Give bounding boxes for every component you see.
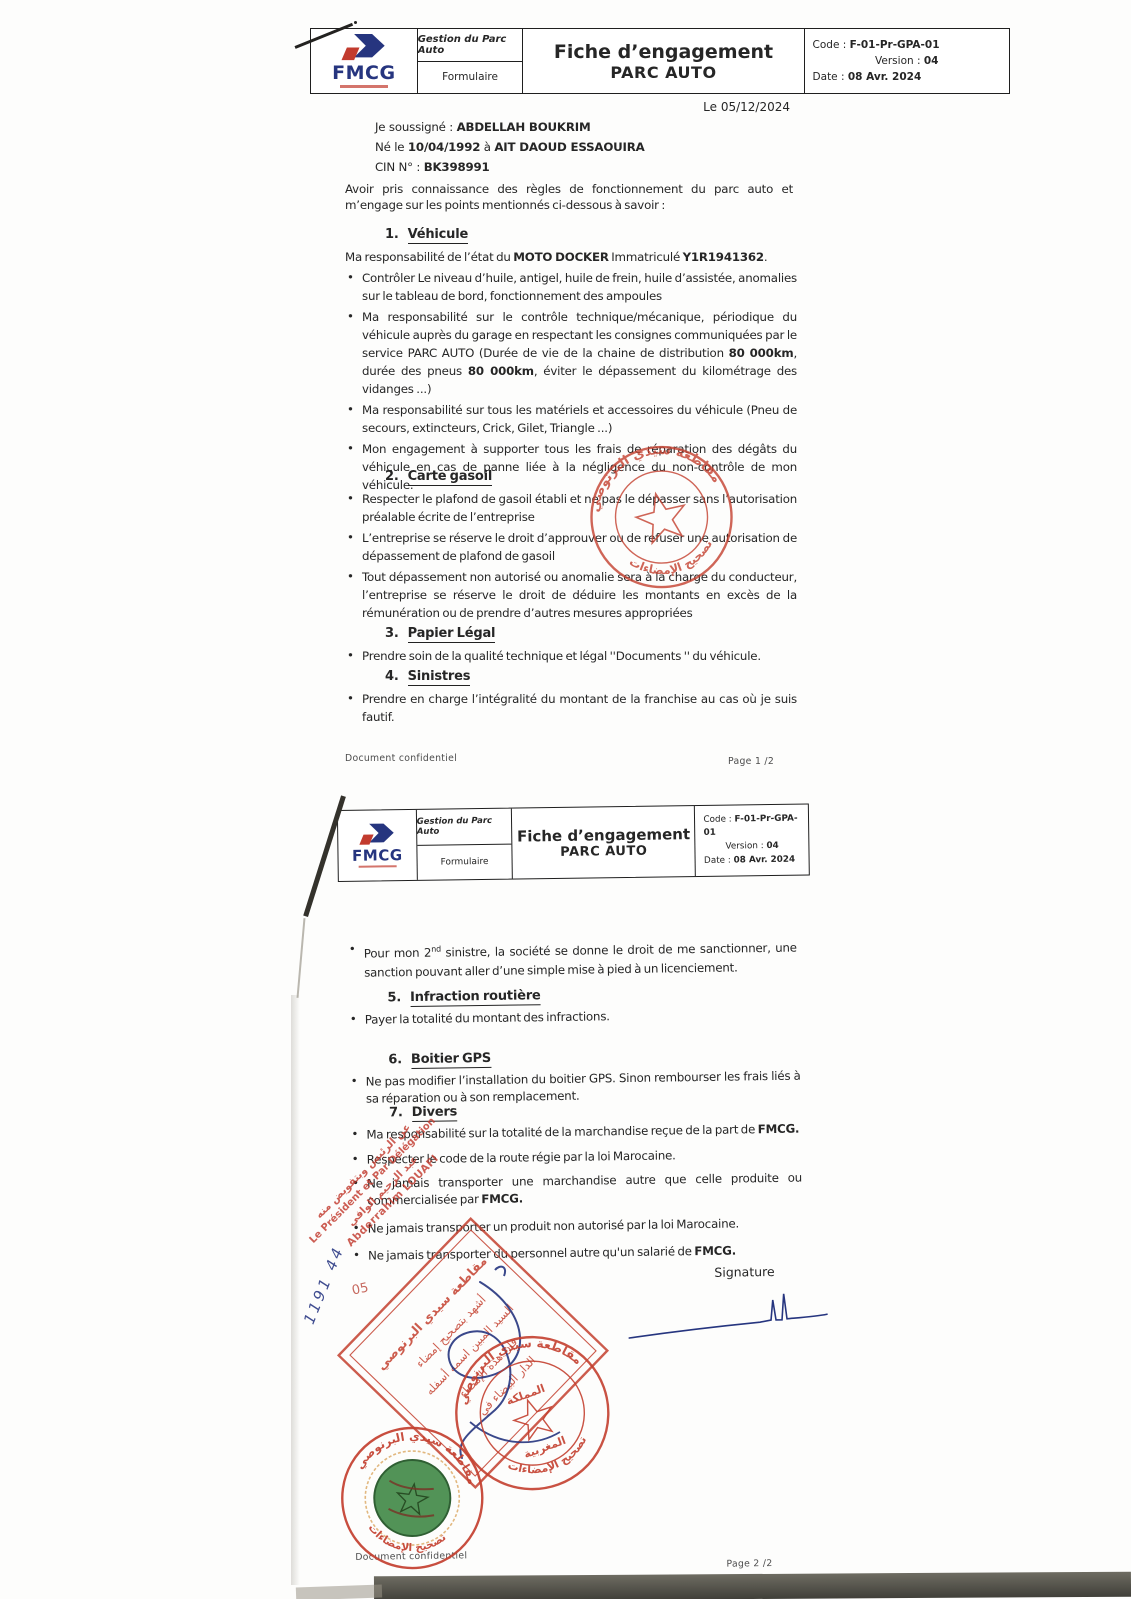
scan-bottom-edge	[296, 1585, 382, 1599]
intro-paragraph: Avoir pris connaissance des règles de fo…	[345, 181, 793, 213]
section-number: 3.	[385, 626, 399, 641]
logo-cell: FMCG	[338, 810, 417, 881]
scan-edge-shadow	[291, 995, 300, 1585]
bullet-item: Payer la totalité du montant des infract…	[348, 1006, 800, 1029]
footer-page-number: Page 1 /2	[728, 756, 774, 767]
form-header-table: FMCG Gestion du Parc Auto Formulaire Fic…	[337, 803, 810, 882]
section-heading: 1.Véhicule	[385, 226, 797, 244]
code-cell: Code : F-01-Pr-GPA-01 Version : 04 Date …	[804, 29, 1009, 93]
title-cell: Fiche d’engagement PARC AUTO	[511, 806, 695, 879]
section-heading: 6.Boitier GPS	[388, 1046, 800, 1070]
section-label: Boitier GPS	[411, 1051, 491, 1069]
scan-bottom-strip	[374, 1572, 1131, 1599]
issue-date: Le 05/12/2024	[620, 100, 790, 114]
fmcg-arrow-icon	[341, 34, 387, 61]
section-number: 1.	[385, 227, 399, 242]
section-number: 7.	[389, 1105, 403, 1120]
section-label: Infraction routière	[410, 988, 541, 1007]
section-papier-legal: 3.Papier Légal Prendre soin de la qualit…	[345, 625, 797, 665]
code-cell: Code : F-01-Pr-GPA-01 Version : 04 Date …	[694, 804, 809, 876]
logo-cell: FMCG	[311, 29, 417, 93]
section-heading: 5.Infraction routière	[387, 984, 799, 1008]
section-sinistres: 4.Sinistres Prendre en charge l’intégral…	[345, 668, 797, 726]
kingdom-top-text: المملكة	[505, 1382, 547, 1408]
bullet-item: Ma responsabilité sur tous les matériels…	[345, 401, 797, 437]
form-type-label: Formulaire	[418, 62, 523, 94]
pen-dot-artifact	[354, 21, 357, 24]
bullet-item: Prendre soin de la qualité technique et …	[345, 647, 797, 665]
municipal-green-stamp: مقاطعة سيدي البرنوصي تصحيح الإمضاءات	[321, 1408, 502, 1593]
dept-label: Gestion du Parc Auto	[417, 809, 512, 846]
logo-tagline-bar	[340, 85, 388, 88]
fmcg-arrow-icon	[359, 823, 395, 846]
section-number: 5.	[387, 990, 401, 1005]
doc-title-line2: PARC AUTO	[610, 63, 716, 82]
section-lead: Ma responsabilité de l’état du MOTO DOCK…	[345, 248, 797, 266]
identity-block: Je soussigné : ABDELLAH BOUKRIM Né le 10…	[375, 120, 795, 180]
bullet-item: Contrôler Le niveau d’huile, antigel, hu…	[345, 269, 797, 305]
identity-birth-line: Né le 10/04/1992 à AIT DAOUD ESSAOUIRA	[375, 140, 795, 155]
logo-tagline-bar	[358, 865, 396, 868]
dept-cell: Gestion du Parc Auto Formulaire	[417, 29, 523, 93]
logo-wordmark: FMCG	[352, 846, 403, 865]
section-label: Sinistres	[408, 669, 471, 686]
section-boitier-gps: 6.Boitier GPS Ne pas modifier l’installa…	[348, 1046, 801, 1107]
doc-title-line1: Fiche d’engagement	[554, 41, 773, 63]
bullet-item: Ne jamais transporter un produit non aut…	[351, 1215, 803, 1238]
scanned-engagement-form: { "header": { "logo_text": "FMCG", "dept…	[0, 0, 1131, 1599]
section-label: Papier Légal	[408, 626, 496, 643]
doc-version: Version : 04	[704, 840, 801, 855]
section-number: 4.	[385, 669, 399, 684]
doc-title-line1: Fiche d’engagement	[517, 825, 690, 845]
star-icon	[632, 488, 691, 546]
form-header-table: FMCG Gestion du Parc Auto Formulaire Fic…	[310, 28, 1010, 94]
signature-stroke	[625, 1285, 836, 1343]
section-infraction-routiere: 5.Infraction routière Payer la totalité …	[347, 984, 799, 1029]
doc-code: Code : F-01-Pr-GPA-01	[813, 37, 1001, 53]
section-heading: 4.Sinistres	[385, 668, 797, 686]
identity-cin-line: CIN N° : BK398991	[375, 160, 795, 175]
section-number: 6.	[388, 1052, 402, 1067]
dept-cell: Gestion du Parc Auto Formulaire	[416, 809, 513, 880]
footer-page-number: Page 2 /2	[726, 1558, 772, 1570]
doc-date: Date : 08 Avr. 2024	[704, 853, 801, 868]
doc-date: Date : 08 Avr. 2024	[813, 69, 1001, 85]
title-cell: Fiche d’engagement PARC AUTO	[522, 29, 803, 93]
bullet-item: Prendre en charge l’intégralité du monta…	[345, 690, 797, 726]
identity-name-line: Je soussigné : ABDELLAH BOUKRIM	[375, 120, 795, 135]
footer-confidential: Document confidentiel	[345, 753, 457, 764]
bullet-item: Ma responsabilité sur le contrôle techni…	[345, 308, 797, 398]
section-label: Carte gasoil	[408, 469, 493, 486]
page-1-scan: FMCG Gestion du Parc Auto Formulaire Fic…	[0, 0, 1131, 780]
fmcg-logo: FMCG	[352, 823, 403, 868]
fmcg-logo: FMCG	[332, 34, 395, 88]
section-number: 2.	[385, 469, 399, 484]
dept-label: Gestion du Parc Auto	[418, 29, 523, 62]
bullet-item: Pour mon 2nd sinistre, la société se don…	[347, 935, 798, 983]
stamp-arc-bottom-text: تصحيح الإمضاءات	[625, 535, 720, 587]
doc-title-line2: PARC AUTO	[560, 843, 647, 859]
signature-label: Signature	[714, 1264, 775, 1280]
doc-code: Code : F-01-Pr-GPA-01	[703, 812, 800, 841]
section-label: Véhicule	[408, 227, 469, 244]
form-type-label: Formulaire	[417, 844, 512, 880]
logo-wordmark: FMCG	[332, 62, 395, 84]
section-heading: 3.Papier Légal	[385, 625, 797, 643]
doc-version: Version : 04	[813, 53, 1001, 69]
